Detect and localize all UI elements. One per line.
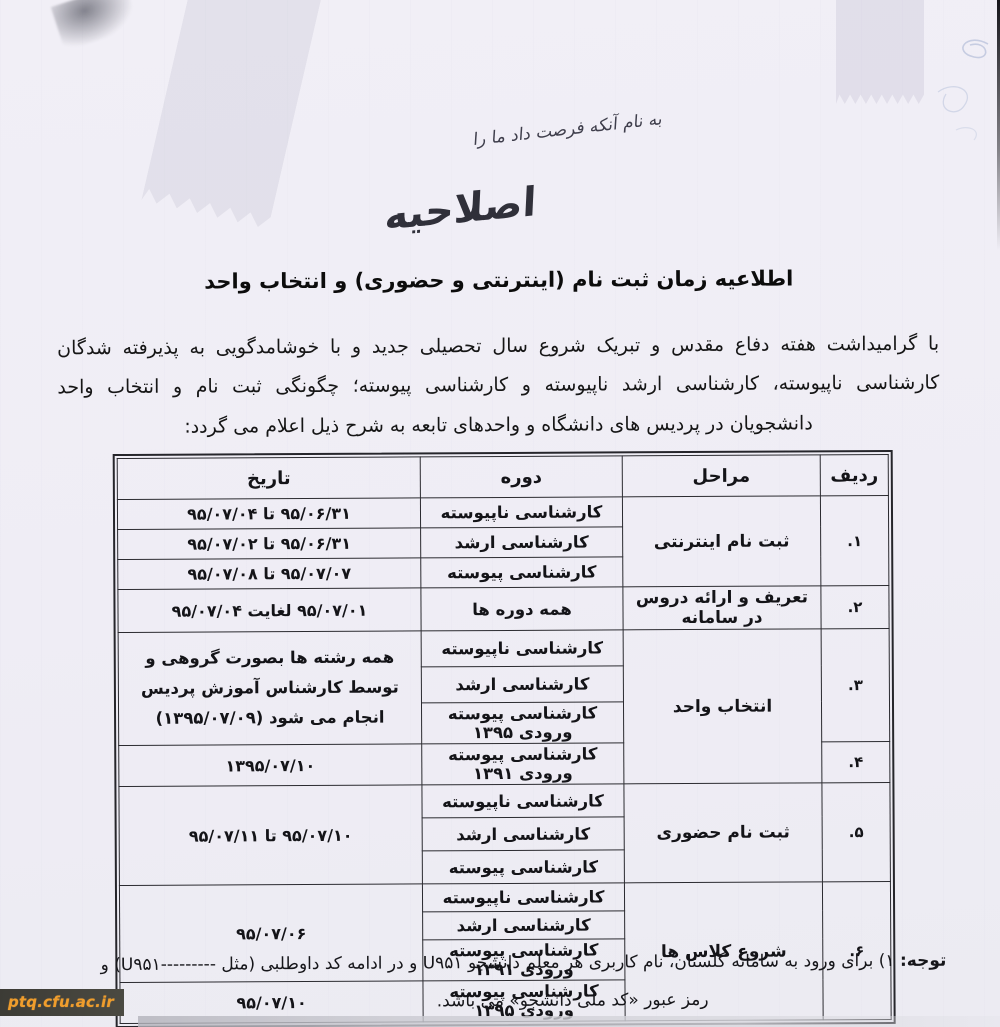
- bismillah-calligraphy: به نام آنکه فرصت داد ما را: [468, 109, 668, 151]
- date-cell: ۱۳۹۵/۰۷/۱۰: [119, 744, 422, 787]
- page-title: اطلاعیه زمان ثبت نام (اینترنتی و حضوری) …: [0, 265, 999, 294]
- bottom-scan-band: [138, 1016, 1000, 1027]
- intro-line-1: با گرامیداشت هفته دفاع مقدس و تبریک شروع…: [57, 325, 939, 369]
- stage-cell: انتخاب واحد: [623, 629, 822, 784]
- footnote-text-1: ۱) برای ورود به سامانه گلستان، نام کاربر…: [101, 951, 895, 975]
- program-cell: کارشناسی ناپیوسته: [421, 630, 623, 667]
- row-number-cell: ۵.: [822, 782, 891, 881]
- stage-cell: ثبت نام حضوری: [624, 783, 823, 883]
- footnote-line-1: توجه: ۱) برای ورود به سامانه گلستان، نام…: [42, 948, 946, 979]
- intro-line-3: دانشجویان در پردیس های دانشگاه و واحدهای…: [57, 404, 939, 448]
- header-program: دوره: [420, 456, 622, 498]
- row-number-cell: ۲.: [821, 585, 889, 628]
- program-cell: کارشناسی پیوسته ورودی ۱۳۹۱: [422, 743, 624, 785]
- registration-schedule-table: ردیف مراحل دوره تاریخ ۱. ثبت نام اینترنت…: [117, 454, 892, 1024]
- program-cell: کارشناسی پیوسته: [421, 557, 623, 588]
- footnote-line-2: رمز عبور «کد ملی دانشجو» می باشد.: [42, 987, 708, 1016]
- program-cell: کارشناسی ناپیوسته: [422, 883, 624, 912]
- date-cell: ۹۵/۰۶/۳۱ تا ۹۵/۰۷/۰۲: [118, 528, 421, 560]
- stage-cell: ثبت نام اینترنتی: [622, 496, 820, 587]
- intro-paragraph: با گرامیداشت هفته دفاع مقدس و تبریک شروع…: [57, 325, 940, 448]
- program-cell: کارشناسی ناپیوسته: [422, 784, 624, 818]
- document-content: به نام آنکه فرصت داد ما را اصلاحیه اطلاع…: [0, 0, 1000, 1027]
- program-cell: کارشناسی پیوسته: [422, 850, 624, 884]
- program-cell: کارشناسی ارشد: [422, 817, 624, 851]
- row-number-cell: ۴.: [822, 741, 890, 782]
- date-cell: ۹۵/۰۷/۰۷ تا ۹۵/۰۷/۰۸: [118, 558, 421, 590]
- table-row: ۵. ثبت نام حضوری کارشناسی ناپیوسته ۹۵/۰۷…: [119, 782, 890, 819]
- table-row: ۲. تعریف و ارائه دروس در سامانه همه دوره…: [118, 585, 889, 632]
- scanned-document-page: به نام آنکه فرصت داد ما را اصلاحیه اطلاع…: [0, 0, 1000, 1027]
- footnote-label: توجه:: [900, 951, 947, 971]
- site-watermark: ptq.cfu.ac.ir: [0, 989, 124, 1016]
- schedule-table-frame: ردیف مراحل دوره تاریخ ۱. ثبت نام اینترنت…: [113, 450, 896, 1027]
- program-cell: کارشناسی ارشد: [421, 527, 623, 558]
- program-cell: کارشناسی ناپیوسته: [420, 497, 622, 528]
- correction-handwriting: اصلاحیه: [384, 179, 538, 239]
- stage-cell: تعریف و ارائه دروس در سامانه: [623, 586, 821, 630]
- row-number-cell: ۱.: [820, 495, 888, 585]
- table-header-row: ردیف مراحل دوره تاریخ: [117, 454, 888, 499]
- table-row: ۶. شروع کلاس ها کارشناسی ناپیوسته ۹۵/۰۷/…: [119, 881, 890, 913]
- header-stage: مراحل: [622, 455, 820, 497]
- date-cell: ۹۵/۰۷/۰۱ لغایت ۹۵/۰۷/۰۴: [118, 588, 421, 633]
- table-row: ۱. ثبت نام اینترنتی کارشناسی ناپیوسته ۹۵…: [117, 495, 888, 529]
- date-cell: همه رشته ها بصورت گروهی و توسط کارشناس آ…: [118, 631, 422, 746]
- program-cell: همه دوره ها: [421, 587, 623, 631]
- intro-line-2: کارشناسی ناپیوسته، کارشناسی ارشد ناپیوست…: [57, 364, 939, 408]
- date-cell: ۹۵/۰۶/۳۱ تا ۹۵/۰۷/۰۴: [117, 498, 420, 530]
- date-cell: ۹۵/۰۷/۱۰ تا ۹۵/۰۷/۱۱: [119, 785, 423, 886]
- row-number-cell: ۳.: [821, 628, 890, 741]
- header-date: تاریخ: [117, 457, 420, 500]
- table-row: ۳. انتخاب واحد کارشناسی ناپیوسته همه رشت…: [118, 628, 889, 668]
- program-cell: کارشناسی پیوسته ورودی ۱۳۹۵: [421, 702, 623, 744]
- program-cell: کارشناسی ارشد: [423, 911, 625, 940]
- footnote: توجه: ۱) برای ورود به سامانه گلستان، نام…: [42, 948, 946, 1017]
- header-row-number: ردیف: [820, 454, 888, 495]
- program-cell: کارشناسی ارشد: [421, 666, 623, 703]
